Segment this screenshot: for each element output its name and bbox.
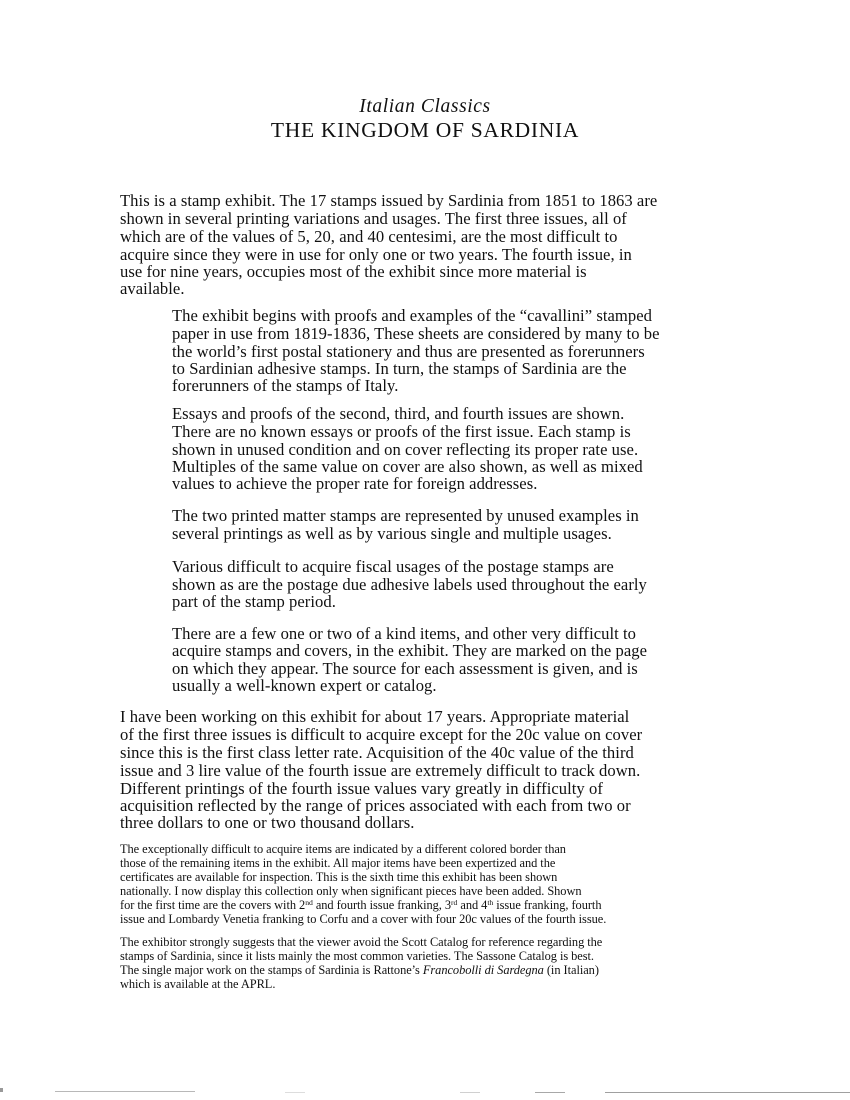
text-line: of the first three issues is difficult t… — [120, 725, 642, 745]
text-line: Various difficult to acquire fiscal usag… — [172, 557, 614, 577]
ordinal-suffix: nd — [305, 898, 313, 907]
text-line: I have been working on this exhibit for … — [120, 707, 629, 727]
scan-artifact-line — [460, 1092, 480, 1093]
text-line: stamps of Sardinia, since it lists mainl… — [120, 949, 594, 964]
text-line: The exceptionally difficult to acquire i… — [120, 842, 566, 857]
text-line: available. — [120, 279, 185, 299]
text-line: those of the remaining items in the exhi… — [120, 856, 555, 871]
text-line: Essays and proofs of the second, third, … — [172, 404, 624, 424]
title-block: Italian Classics THE KINGDOM OF SARDINIA — [0, 96, 850, 142]
document-subtitle: Italian Classics — [0, 96, 850, 118]
scan-artifact-mark — [0, 1088, 3, 1092]
document-page: Italian Classics THE KINGDOM OF SARDINIA… — [0, 0, 850, 1100]
text-line: use for nine years, occupies most of the… — [120, 262, 587, 282]
text-line: The single major work on the stamps of S… — [120, 963, 599, 978]
text-line: since this is the first class letter rat… — [120, 743, 634, 763]
text-line: which is available at the APRL. — [120, 977, 275, 992]
text-line: The two printed matter stamps are repres… — [172, 506, 639, 526]
text-line: shown in several printing variations and… — [120, 209, 627, 229]
text-line: paper in use from 1819-1836, These sheet… — [172, 324, 660, 344]
document-title: THE KINGDOM OF SARDINIA — [0, 118, 850, 142]
text-line: forerunners of the stamps of Italy. — [172, 376, 398, 396]
text-line: issue and 3 lire value of the fourth iss… — [120, 761, 640, 781]
text-segment: issue franking, fourth — [493, 898, 601, 912]
book-title: Francobolli di Sardegna — [423, 963, 544, 977]
text-segment: for the first time are the covers with 2 — [120, 898, 305, 912]
text-line: which are of the values of 5, 20, and 40… — [120, 227, 618, 247]
scan-artifact-line — [55, 1091, 195, 1092]
text-line: issue and Lombardy Venetia franking to C… — [120, 912, 606, 927]
scan-artifact-line — [535, 1092, 565, 1093]
text-line: usually a well-known expert or catalog. — [172, 676, 437, 696]
text-line: nationally. I now display this collectio… — [120, 884, 582, 899]
text-line: There are no known essays or proofs of t… — [172, 422, 631, 442]
text-segment: and fourth issue franking, 3 — [313, 898, 451, 912]
text-segment: The single major work on the stamps of S… — [120, 963, 423, 977]
text-line: acquire stamps and covers, in the exhibi… — [172, 641, 647, 661]
text-line: The exhibitor strongly suggests that the… — [120, 935, 602, 950]
text-line: certificates are available for inspectio… — [120, 870, 557, 885]
text-segment: (in Italian) — [544, 963, 599, 977]
text-line: This is a stamp exhibit. The 17 stamps i… — [120, 191, 657, 211]
text-line: The exhibit begins with proofs and examp… — [172, 306, 652, 326]
scan-artifact-line — [605, 1092, 850, 1093]
text-segment: and 4 — [457, 898, 487, 912]
text-line: several printings as well as by various … — [172, 524, 612, 544]
text-line: three dollars to one or two thousand dol… — [120, 813, 414, 833]
scan-artifact-line — [285, 1092, 305, 1093]
text-line: values to achieve the proper rate for fo… — [172, 474, 537, 494]
text-line: part of the stamp period. — [172, 592, 336, 612]
text-line: for the first time are the covers with 2… — [120, 898, 601, 913]
